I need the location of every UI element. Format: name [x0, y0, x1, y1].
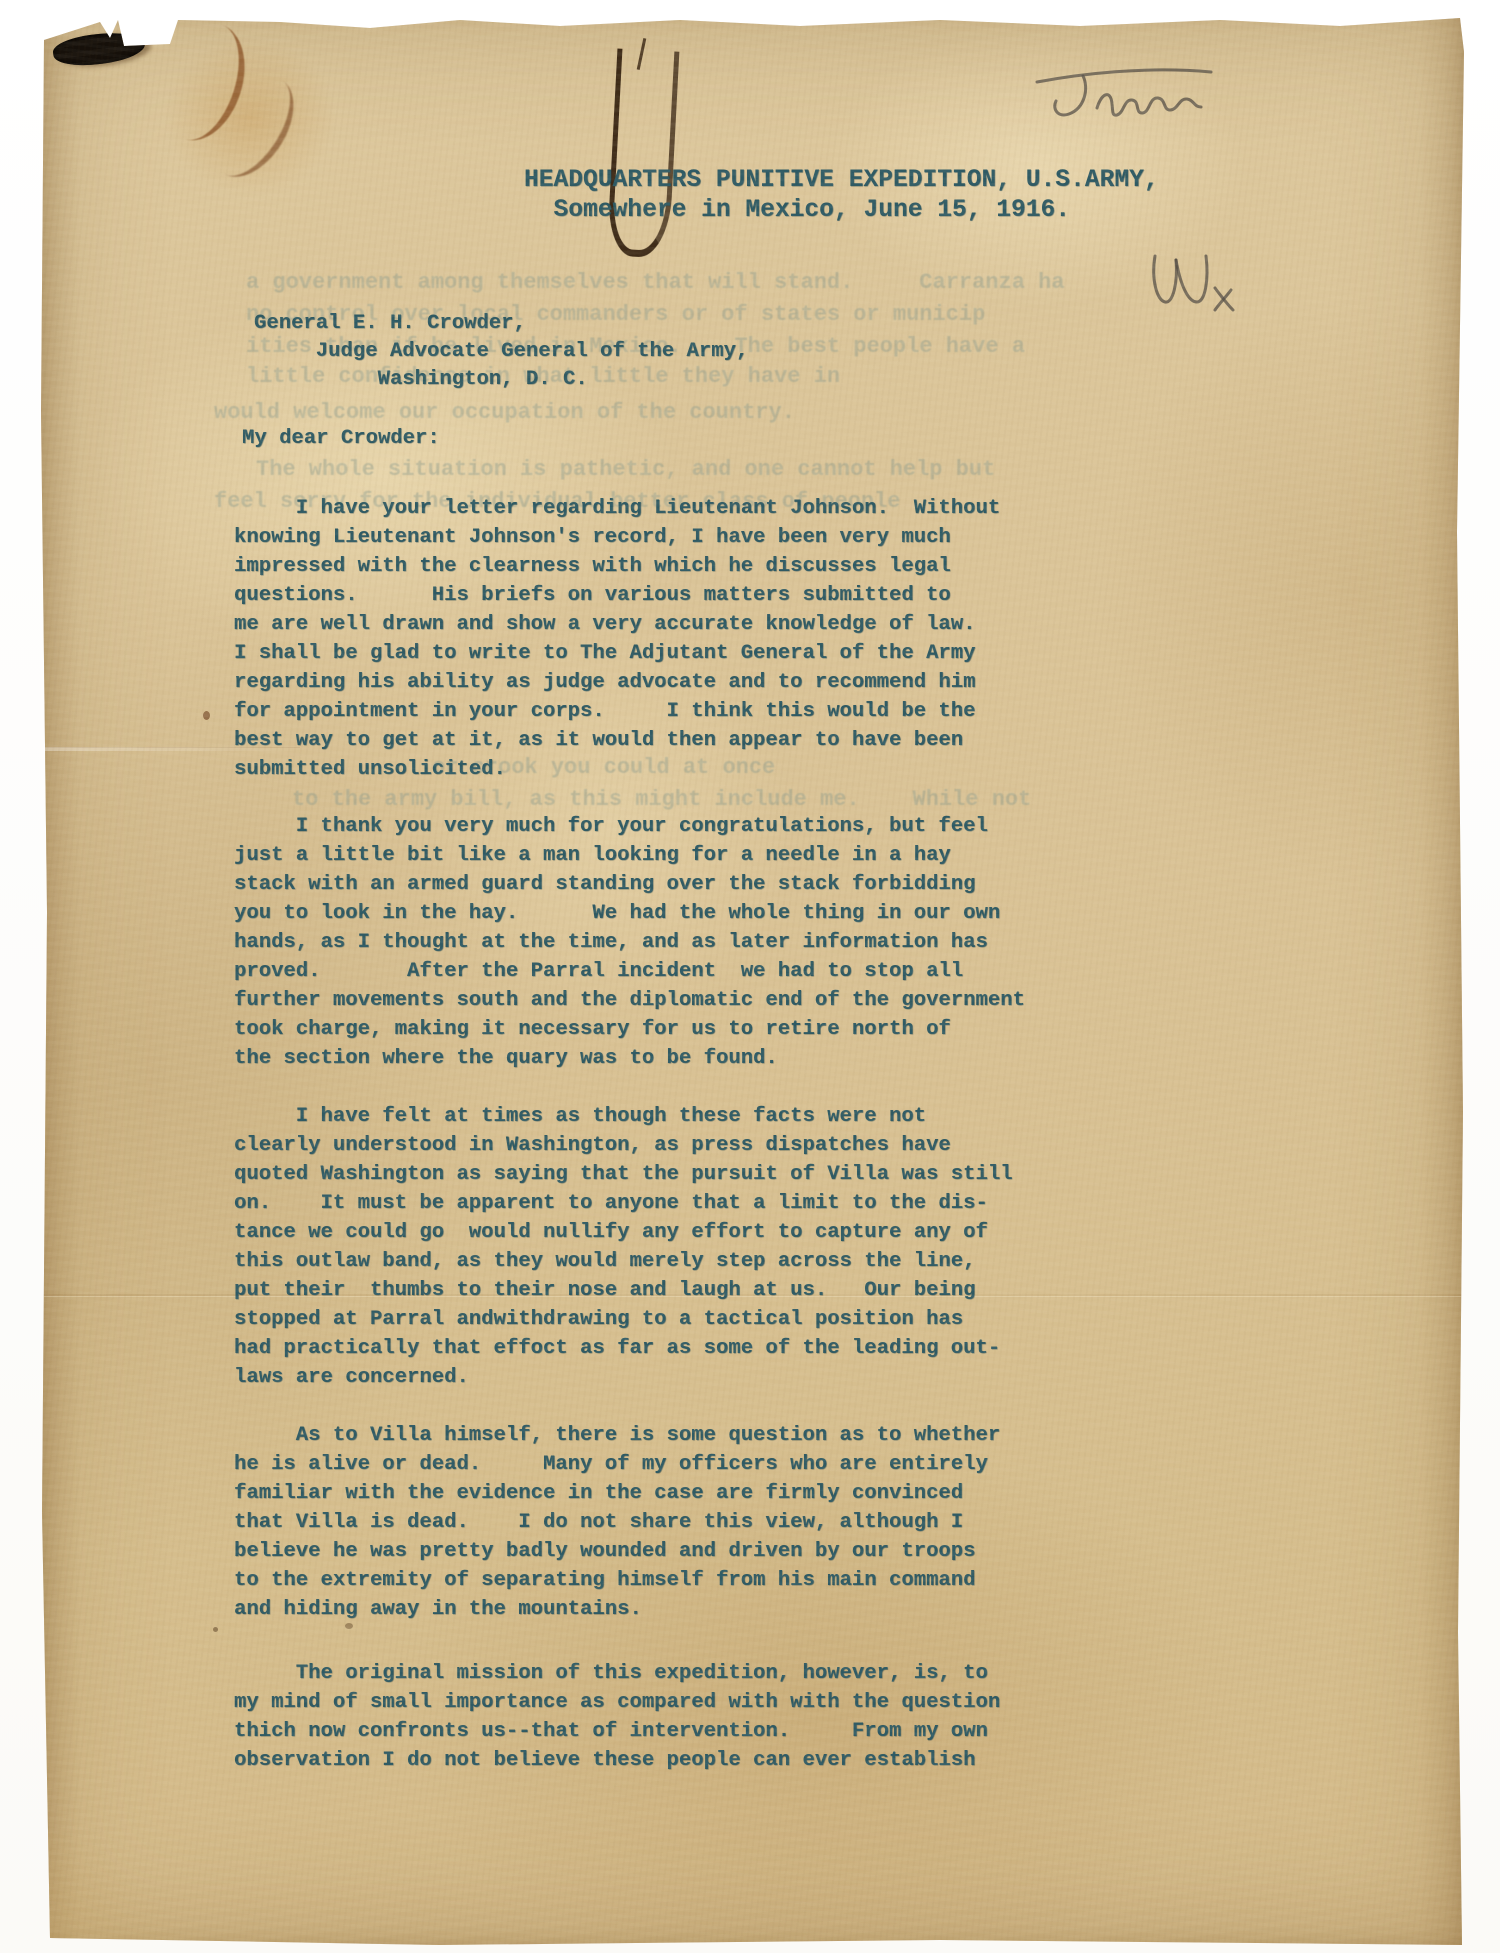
ghost-line: The whole situation is pathetic, and one… [256, 455, 995, 485]
paper-speck [213, 1627, 218, 1632]
salutation: My dear Crowder: [242, 424, 440, 453]
paragraph-5: The original mission of this expedition,… [234, 1659, 1000, 1775]
pencil-annotation-johnson [1025, 52, 1225, 137]
paragraph-1: I have your letter regarding Lieutenant … [234, 494, 1000, 784]
paragraph-2: I thank you very much for your congratul… [234, 812, 1025, 1073]
ghost-line: a government among themselves that will … [246, 268, 1065, 298]
burn-hole [52, 29, 147, 70]
letterhead: HEADQUARTERS PUNITIVE EXPEDITION, U.S.AR… [524, 166, 1159, 226]
paragraph-4: As to Villa himself, there is some quest… [234, 1421, 1000, 1624]
recipient-address: General E. H. Crowder, Judge Advocate Ge… [254, 310, 748, 394]
paper-speck [203, 711, 210, 720]
letter-page: a government among themselves that will … [40, 12, 1464, 1945]
corner-bend [40, 1832, 190, 1945]
ink-stroke-stain [607, 49, 680, 259]
pencil-annotation-mark [1145, 244, 1265, 324]
ghost-line: to the army bill, as this might include … [292, 785, 1031, 815]
paragraph-3: I have felt at times as though these fac… [234, 1102, 1013, 1392]
